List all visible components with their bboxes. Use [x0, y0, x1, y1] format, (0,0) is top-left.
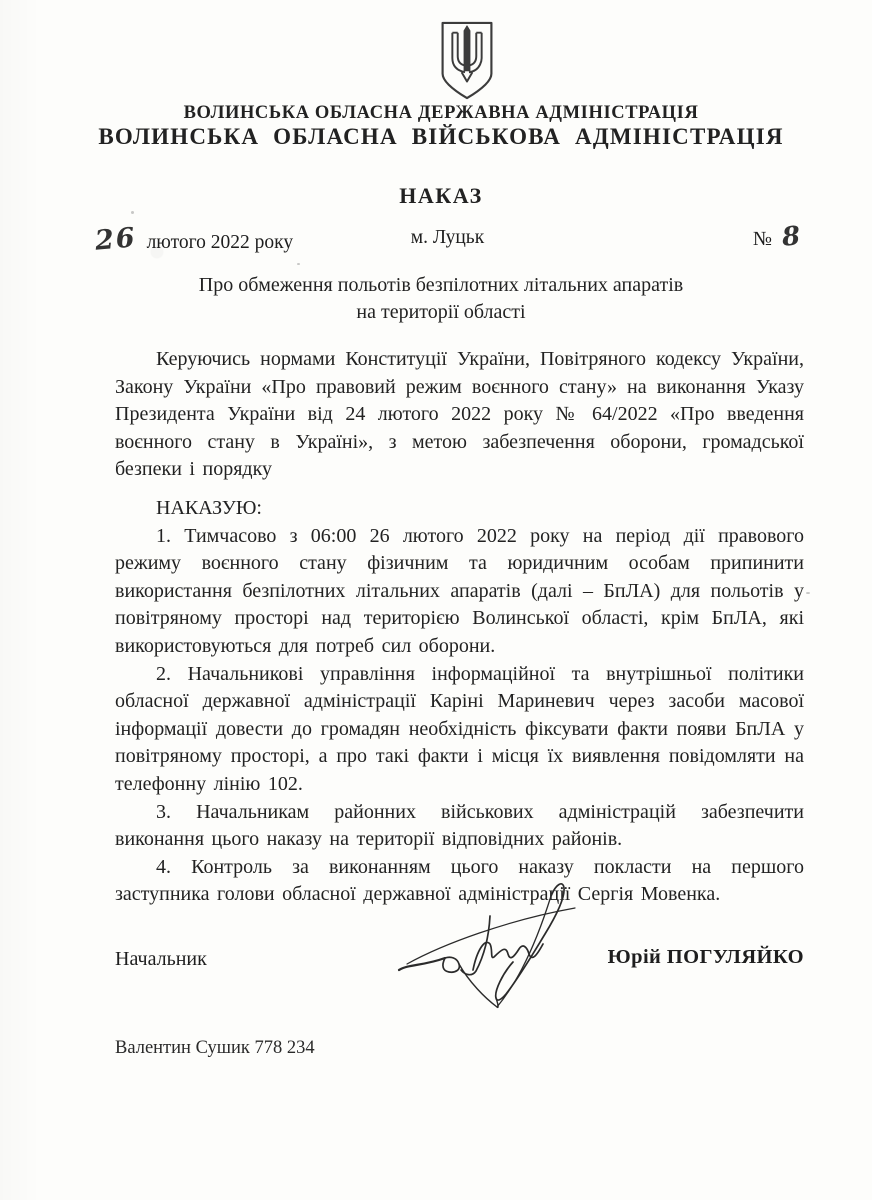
- org-name-military-administration: ВОЛИНСЬКА ОБЛАСНА ВІЙСЬКОВА АДМІНІСТРАЦІ…: [40, 124, 842, 150]
- resolve-word: НАКАЗУЮ:: [115, 495, 804, 523]
- scanned-order-document: ВОЛИНСЬКА ОБЛАСНА ДЕРЖАВНА АДМІНІСТРАЦІЯ…: [0, 0, 872, 1200]
- dateline: 26лютого 2022 року м. Луцьк №8: [95, 218, 800, 260]
- subject-heading: Про обмеження польотів безпілотних літал…: [40, 272, 842, 326]
- subject-line-1: Про обмеження польотів безпілотних літал…: [40, 272, 842, 299]
- org-name-state-administration: ВОЛИНСЬКА ОБЛАСНА ДЕРЖАВНА АДМІНІСТРАЦІЯ: [40, 103, 842, 124]
- subject-line-2: на території області: [40, 299, 842, 326]
- signer-name: Юрій ПОГУЛЯЙКО: [608, 946, 804, 969]
- scan-speck: [131, 211, 134, 214]
- preamble-paragraph: Керуючись нормами Конституції України, П…: [115, 346, 804, 484]
- order-item-3: 3. Начальникам районних військових адмін…: [115, 799, 804, 854]
- order-body: Керуючись нормами Конституції України, П…: [115, 346, 804, 909]
- order-item-2: 2. Начальникові управління інформаційної…: [115, 661, 804, 799]
- ukrainian-trident-emblem-icon: [433, 20, 501, 102]
- number-sign: №: [753, 228, 772, 250]
- handwritten-signature: [393, 878, 591, 1023]
- signer-title: Начальник: [115, 948, 207, 971]
- handwritten-number: 8: [781, 221, 802, 252]
- executor-note: Валентин Сушик 778 234: [115, 1038, 315, 1059]
- order-item-1: 1. Тимчасово з 06:00 26 лютого 2022 року…: [115, 523, 804, 661]
- document-title: НАКАЗ: [40, 183, 842, 209]
- document-number: №8: [753, 222, 800, 252]
- scan-speck: [297, 263, 300, 265]
- scan-speck: [806, 592, 810, 594]
- issue-city: м. Луцьк: [95, 227, 800, 249]
